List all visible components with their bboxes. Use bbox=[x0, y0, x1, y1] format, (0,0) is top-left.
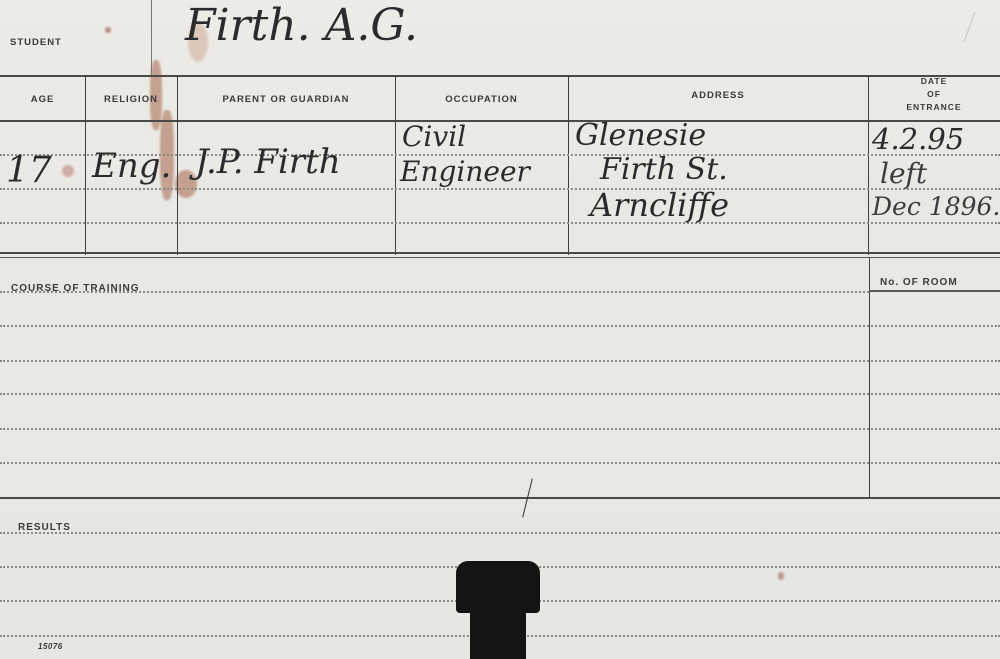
header-date-line3: ENTRANCE bbox=[868, 102, 1000, 112]
filing-punch-hole-stem bbox=[470, 600, 526, 659]
entry-date-line1: 4.2.95 bbox=[872, 122, 964, 156]
header-bottom-line bbox=[0, 120, 1000, 122]
entry-rule bbox=[0, 222, 1000, 224]
room-divider bbox=[869, 257, 870, 497]
header-date-line2: OF bbox=[868, 89, 1000, 99]
col-divider bbox=[395, 75, 396, 255]
entry-address-line1: Glenesie bbox=[575, 118, 706, 153]
course-rule bbox=[0, 291, 869, 293]
header-religion: RELIGION bbox=[85, 94, 177, 105]
entry-address-line3: Arncliffe bbox=[590, 186, 729, 224]
entry-occupation-line2: Engineer bbox=[400, 155, 530, 188]
form-serial-number: 15076 bbox=[38, 642, 63, 651]
entry-religion: Eng. bbox=[92, 146, 171, 186]
col-divider bbox=[868, 75, 869, 255]
course-rule bbox=[0, 360, 1000, 362]
header-date-line1: DATE bbox=[868, 76, 1000, 86]
col-divider bbox=[568, 75, 569, 255]
entry-rule bbox=[0, 188, 1000, 190]
entry-age: 17 bbox=[6, 150, 52, 191]
header-age: AGE bbox=[0, 94, 85, 105]
entry-date-line2: left bbox=[880, 157, 927, 190]
entry-bottom-line bbox=[0, 252, 1000, 254]
entry-parent: J.P. Firth bbox=[195, 142, 341, 182]
rust-stain bbox=[105, 27, 111, 33]
entry-address-line2: Firth St. bbox=[600, 152, 728, 187]
results-rule bbox=[0, 532, 1000, 534]
student-divider bbox=[151, 0, 152, 76]
course-rule bbox=[0, 462, 1000, 464]
header-occupation: OCCUPATION bbox=[395, 94, 568, 105]
course-rule bbox=[0, 325, 1000, 327]
col-divider bbox=[85, 75, 86, 255]
room-label-underline bbox=[869, 290, 1000, 292]
student-record-card: STUDENT Firth. A.G. AGE RELIGION PARENT … bbox=[0, 0, 1000, 659]
student-name: Firth. A.G. bbox=[185, 0, 418, 51]
rust-stain bbox=[175, 170, 197, 198]
entry-date-line3: Dec 1896. bbox=[872, 192, 1000, 221]
course-bottom-line bbox=[0, 497, 1000, 499]
check-mark bbox=[950, 12, 976, 42]
header-address: ADDRESS bbox=[568, 90, 868, 101]
col-divider bbox=[177, 75, 178, 255]
course-rule bbox=[0, 428, 1000, 430]
course-rule bbox=[0, 393, 1000, 395]
entry-bottom-line-2 bbox=[0, 257, 1000, 258]
student-label: STUDENT bbox=[10, 37, 62, 48]
rust-stain bbox=[62, 165, 74, 177]
header-parent-guardian: PARENT OR GUARDIAN bbox=[177, 94, 395, 105]
header-top-line bbox=[0, 75, 1000, 77]
entry-occupation-line1: Civil bbox=[402, 120, 466, 153]
room-number-label: No. OF ROOM bbox=[880, 277, 958, 288]
rust-stain bbox=[778, 572, 784, 580]
